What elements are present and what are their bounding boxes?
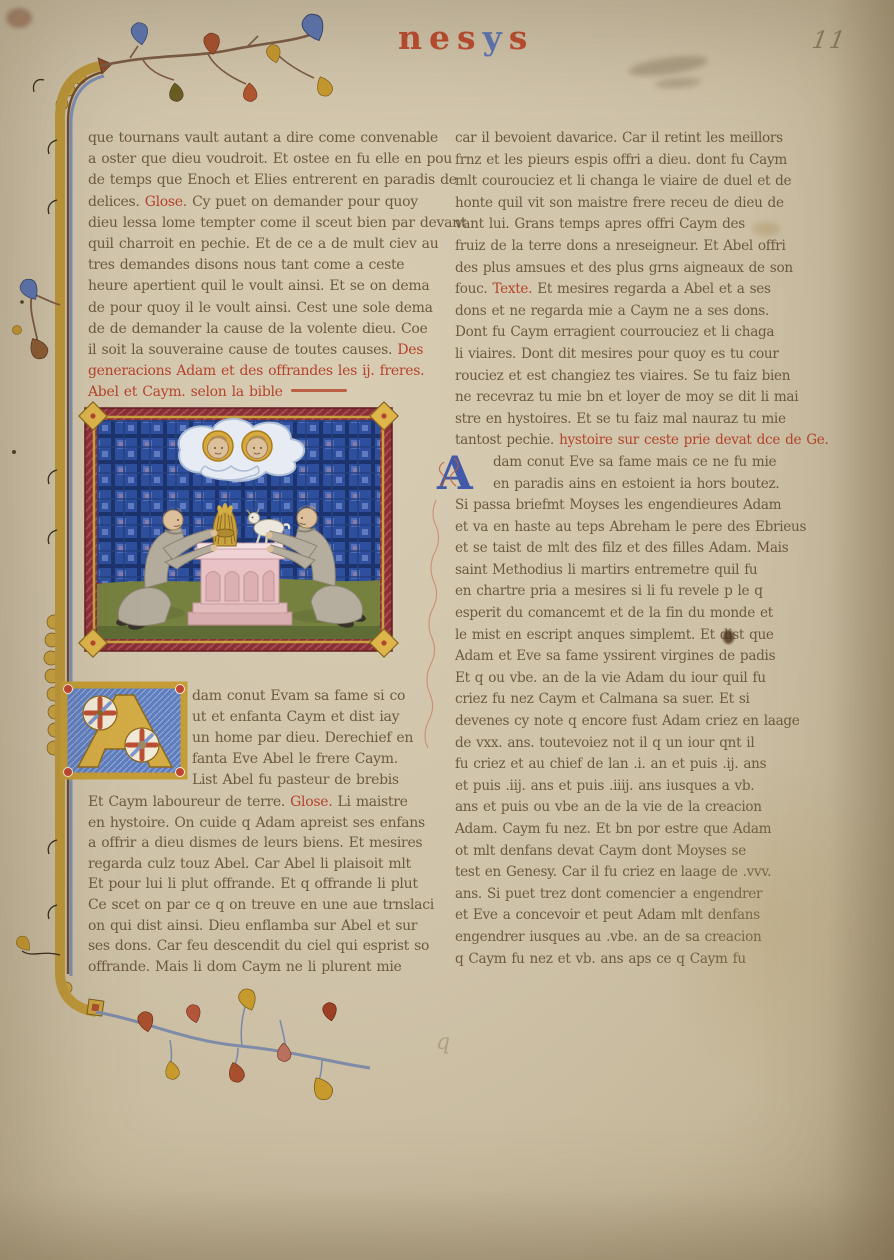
text-line: Et Caym laboureur de terre. Glose. Li ma…	[88, 792, 426, 813]
text-segment: en hystoire. On cuide q Adam apreist ses…	[88, 815, 425, 831]
text-segment: a offrir a dieu dismes de leurs biens. E…	[88, 835, 422, 851]
text-line: et va en haste au teps Abreham le pere d…	[455, 517, 767, 539]
text-line: ut et enfanta Caym et dist iay	[192, 707, 428, 728]
text-segment: delices.	[88, 194, 145, 210]
running-title-letter: y	[483, 18, 509, 57]
text-segment: ses dons. Car feu descendit du ciel qui …	[88, 938, 429, 954]
text-line: Dont fu Caym erragient courrouciez et li…	[455, 322, 767, 344]
text-line: de pour quoy il le voult ainsi. Cest une…	[88, 298, 426, 319]
text-line: Ce scet on par ce q on treuve en une aue…	[88, 895, 426, 916]
text-segment: heure apertient quil le voult ainsi. Et …	[88, 278, 429, 294]
text-segment: dons et ne regarda mie a Caym ne a ses d…	[455, 303, 769, 319]
text-segment: dam conut Eve sa fame mais ce ne fu mie	[493, 454, 776, 470]
bottom-vine	[96, 987, 370, 1104]
text-segment: en chartre pria a mesires si li fu revel…	[455, 583, 763, 599]
text-line: li viaires. Dont dit mesires pour quoy e…	[455, 344, 767, 366]
rubric-segment: Glose.	[145, 194, 187, 210]
text-line: delices. Glose. Cy puet on demander pour…	[88, 192, 426, 213]
rubric-segment: Abel et Caym. selon la bible	[88, 384, 283, 400]
text-segment: Et pour lui li plut offrande. Et q offra…	[88, 876, 418, 892]
text-segment: rouciez et est changiez tes viaires. Se …	[455, 368, 790, 384]
text-line: fu criez et au chief de lan .i. an et pu…	[455, 754, 767, 776]
text-line: dam conut Evam sa fame si co	[192, 686, 428, 707]
text-line: a offrir a dieu dismes de leurs biens. E…	[88, 833, 426, 854]
text-segment: a oster que dieu voudroit. Et ostee en f…	[88, 151, 452, 167]
text-line: criez fu nez Caym et Calmana sa suer. Et…	[455, 689, 767, 711]
text-line: regarda culz touz Abel. Car Abel li plai…	[88, 854, 426, 875]
text-line: on qui dist ainsi. Dieu enflamba sur Abe…	[88, 916, 426, 937]
text-line: en hystoire. On cuide q Adam apreist ses…	[88, 813, 426, 834]
text-segment: fouc.	[455, 281, 492, 297]
rubric-segment: Texte.	[492, 281, 532, 297]
pink-altar	[188, 543, 292, 625]
text-line: offrande. Mais li dom Caym ne li plurent…	[88, 957, 426, 978]
text-segment: quil charroit en pechie. Et de ce a de m…	[88, 236, 438, 252]
rubric-segment: Glose.	[290, 794, 332, 810]
text-segment: Dont fu Caym erragient courrouciez et li…	[455, 324, 774, 340]
ink-blot	[723, 630, 734, 644]
text-line: car il bevoient davarice. Car il retint …	[455, 128, 767, 150]
flower-medallion-bottom	[125, 728, 159, 762]
text-segment: Ce scet on par ce q on treuve en une aue…	[88, 897, 434, 913]
flower-medallion-top	[83, 696, 117, 730]
text-segment: que tournans vault autant a dire come co…	[88, 130, 438, 146]
rubric-segment: Des	[397, 342, 423, 358]
text-segment: ut et enfanta Caym et dist iay	[192, 709, 399, 725]
running-title-letter: e	[429, 18, 457, 57]
text-line: Adam et Eve sa fame yssirent virgines de…	[455, 646, 767, 668]
text-line: saint Methodius li martirs entremetre qu…	[455, 560, 767, 582]
text-line: en paradis ains en estoient ia hors bout…	[455, 474, 767, 496]
text-line: dons et ne regarda mie a Caym ne a ses d…	[455, 301, 767, 323]
thorn-cusps	[22, 80, 60, 955]
text-line: dieu lessa lome tempter come il sceut bi…	[88, 213, 426, 234]
text-segment: regarda culz touz Abel. Car Abel li plai…	[88, 856, 411, 872]
text-line: des plus amsues et des plus grns aigneau…	[455, 258, 767, 280]
text-segment: en paradis ains en estoient ia hors bout…	[493, 476, 779, 492]
rubric-segment: generacions Adam et des offrandes les ij…	[88, 363, 424, 379]
text-segment: dieu lessa lome tempter come il sceut bi…	[88, 215, 466, 231]
text-segment: de temps que Enoch et Elies entrerent en…	[88, 172, 457, 188]
text-segment: li viaires. Dont dit mesires pour quoy e…	[455, 346, 779, 362]
text-line: vant lui. Grans temps apres offri Caym d…	[455, 214, 767, 236]
text-segment: criez fu nez Caym et Calmana sa suer. Et…	[455, 691, 750, 707]
corner-stain	[6, 8, 32, 28]
text-line: quil charroit en pechie. Et de ce a de m…	[88, 234, 426, 255]
running-title: nesys	[398, 18, 534, 57]
text-segment: il soit la souveraine cause de toutes ca…	[88, 342, 397, 358]
text-line: fouc. Texte. Et mesires regarda a Abel e…	[455, 279, 767, 301]
text-segment: Cy puet on demander pour quoy	[187, 194, 418, 210]
text-line: un home par dieu. Derechief en	[192, 728, 428, 749]
text-line: rouciez et est changiez tes viaires. Se …	[455, 366, 767, 388]
text-line: heure apertient quil le voult ainsi. Et …	[88, 276, 426, 297]
text-line: stre en hystoires. Et se tu faiz mal nau…	[455, 409, 767, 431]
text-segment: un home par dieu. Derechief en	[192, 730, 413, 746]
text-segment: esperit du comancemt et de la fin du mon…	[455, 605, 773, 621]
text-segment: dam conut Evam sa fame si co	[192, 688, 405, 704]
manuscript-page: nesys 11 que tournans vault autant a dir…	[0, 0, 894, 1260]
text-line: Et q ou vbe. an de la vie Adam du iour q…	[455, 668, 767, 690]
miniature-cain-abel-offering	[85, 408, 392, 651]
text-segment: saint Methodius li martirs entremetre qu…	[455, 562, 757, 578]
text-line: fanta Eve Abel le frere Caym.	[192, 749, 428, 770]
red-penwork-flourish	[420, 448, 490, 828]
text-line: a oster que dieu voudroit. Et ostee en f…	[88, 149, 426, 170]
text-segment: Et q ou vbe. an de la vie Adam du iour q…	[455, 670, 766, 686]
left-column-block2: dam conut Evam sa fame si cout et enfant…	[192, 686, 428, 791]
text-line: tres demandes disons nous tant come a ce…	[88, 255, 426, 276]
text-segment: Et Caym laboureur de terre.	[88, 794, 290, 810]
text-segment: fanta Eve Abel le frere Caym.	[192, 751, 398, 767]
text-segment: de de demander la cause de la volente di…	[88, 321, 428, 337]
text-segment: Si passa briefmt Moyses les engendieures…	[455, 497, 781, 513]
stain	[752, 222, 780, 236]
text-line: et se taist de mlt des filz et des fille…	[455, 538, 767, 560]
text-line: de de demander la cause de la volente di…	[88, 319, 426, 340]
rubric-segment: hystoire sur ceste prie devat dce de Ge.	[559, 432, 828, 448]
text-segment: des plus amsues et des plus grns aigneau…	[455, 260, 793, 276]
text-segment: honte quil vit son maistre frere receu d…	[455, 195, 784, 211]
text-segment: tres demandes disons nous tant come a ce…	[88, 257, 404, 273]
text-segment: de vxx. ans. toutevoiez not il q un iour…	[455, 735, 754, 751]
text-segment: ne recevraz tu mie bn et loyer de moy se…	[455, 389, 798, 405]
page-edge-shading-bottom	[0, 1190, 894, 1260]
text-segment: mlt courouciez et li changa le viaire de…	[455, 173, 791, 189]
text-line: ses dons. Car feu descendit du ciel qui …	[88, 936, 426, 957]
text-line: de vxx. ans. toutevoiez not il q un iour…	[455, 733, 767, 755]
rubric-line-filler	[291, 389, 347, 392]
text-segment: et se taist de mlt des filz et des fille…	[455, 540, 788, 556]
running-title-letter: s	[509, 18, 535, 57]
text-segment: stre en hystoires. Et se tu faiz mal nau…	[455, 411, 786, 427]
text-segment: de pour quoy il le voult ainsi. Cest une…	[88, 300, 433, 316]
running-title-letter: n	[398, 18, 429, 57]
text-segment: car il bevoient davarice. Car il retint …	[455, 130, 783, 146]
text-line: en chartre pria a mesires si li fu revel…	[455, 581, 767, 603]
text-segment: fu criez et au chief de lan .i. an et pu…	[455, 756, 766, 772]
text-line: tantost pechie. hystoire sur ceste prie …	[455, 430, 767, 452]
text-line: de temps que Enoch et Elies entrerent en…	[88, 170, 426, 191]
text-line: devenes cy note q encore fust Adam criez…	[455, 711, 767, 733]
text-line: esperit du comancemt et de la fin du mon…	[455, 603, 767, 625]
left-column-block3: Et Caym laboureur de terre. Glose. Li ma…	[88, 792, 426, 977]
illuminated-initial-a	[62, 683, 186, 778]
text-line: Et pour lui li plut offrande. Et q offra…	[88, 874, 426, 895]
text-segment: offrande. Mais li dom Caym ne li plurent…	[88, 959, 402, 975]
text-line: que tournans vault autant a dire come co…	[88, 128, 426, 149]
text-line: List Abel fu pasteur de brebis	[192, 770, 428, 791]
text-segment: Li maistre	[332, 794, 407, 810]
text-segment: fruiz de la terre dons a nreseigneur. Et…	[455, 238, 786, 254]
text-line: honte quil vit son maistre frere receu d…	[455, 193, 767, 215]
text-line: Abel et Caym. selon la bible	[88, 382, 426, 403]
text-line: Si passa briefmt Moyses les engendieures…	[455, 495, 767, 517]
top-vine	[100, 11, 335, 102]
text-segment: on qui dist ainsi. Dieu enflamba sur Abe…	[88, 918, 417, 934]
running-title-letter: s	[457, 18, 483, 57]
text-segment: devenes cy note q encore fust Adam criez…	[455, 713, 800, 729]
left-column-block1: que tournans vault autant a dire come co…	[88, 128, 426, 404]
text-line: il soit la souveraine cause de toutes ca…	[88, 340, 426, 361]
text-line: generacions Adam et des offrandes les ij…	[88, 361, 426, 382]
text-segment: et va en haste au teps Abreham le pere d…	[455, 519, 806, 535]
page-edge-shading	[830, 0, 894, 1260]
text-line: mlt courouciez et li changa le viaire de…	[455, 171, 767, 193]
text-segment: frnz et les pieurs espis offri a dieu. d…	[455, 152, 787, 168]
text-segment: List Abel fu pasteur de brebis	[192, 772, 399, 788]
text-segment: vant lui. Grans temps apres offri Caym d…	[455, 216, 745, 232]
text-line: frnz et les pieurs espis offri a dieu. d…	[455, 150, 767, 172]
text-line: le mist en escript anques simplemt. Et d…	[455, 625, 767, 647]
text-segment: Et mesires regarda a Abel et a ses	[532, 281, 771, 297]
text-line: fruiz de la terre dons a nreseigneur. Et…	[455, 236, 767, 258]
text-line: dam conut Eve sa fame mais ce ne fu mie	[455, 452, 767, 474]
text-line: ne recevraz tu mie bn et loyer de moy se…	[455, 387, 767, 409]
ghost-mark: q	[436, 1030, 450, 1055]
text-segment: Adam et Eve sa fame yssirent virgines de…	[455, 648, 775, 664]
